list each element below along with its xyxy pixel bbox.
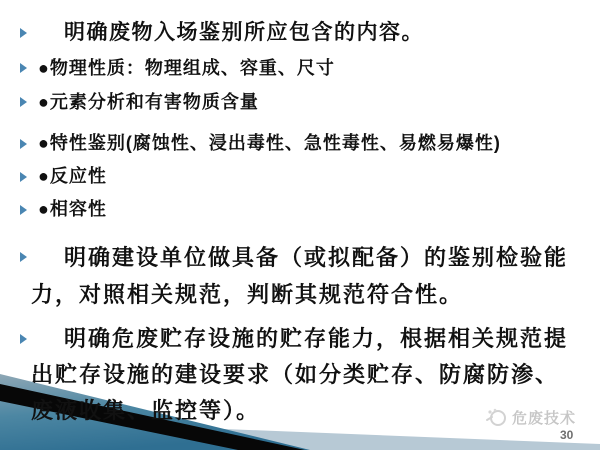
presentation-slide: 明确废物入场鉴别所应包含的内容。 ●物理性质：物理组成、容重、尺寸 ●元素分析和… <box>0 0 600 450</box>
page-number: 30 <box>560 428 573 442</box>
bullet-arrow-icon <box>20 63 27 73</box>
bullet-text: ●特性鉴别(腐蚀性、浸出毒性、急性毒性、易燃易爆性) <box>38 127 600 160</box>
brand-name: 危废技术 <box>512 407 576 428</box>
bullet-text: 明确废物入场鉴别所应包含的内容。 <box>31 15 600 51</box>
bullet-item: ●物理性质：物理组成、容重、尺寸 <box>0 51 600 85</box>
bullet-arrow-icon <box>20 172 27 182</box>
bullet-text: ●物理性质：物理组成、容重、尺寸 <box>38 51 600 85</box>
bullet-item: ●元素分析和有害物质含量 <box>0 85 600 119</box>
bullet-text: ●元素分析和有害物质含量 <box>38 85 600 119</box>
watermark: 危废技术 <box>484 406 576 428</box>
bullet-arrow-icon <box>20 28 27 38</box>
bullet-arrow-icon <box>20 252 27 262</box>
bullet-item: 明确废物入场鉴别所应包含的内容。 <box>0 15 600 51</box>
bullet-arrow-icon <box>20 334 27 344</box>
brand-logo-icon <box>484 406 510 428</box>
bullet-arrow-icon <box>20 139 27 149</box>
bullet-item: ●特性鉴别(腐蚀性、浸出毒性、急性毒性、易燃易爆性) <box>0 127 600 160</box>
bullet-arrow-icon <box>20 205 27 215</box>
bullet-item: ●相容性 <box>0 193 600 226</box>
bullet-arrow-icon <box>20 97 27 107</box>
bullet-list: 明确废物入场鉴别所应包含的内容。 ●物理性质：物理组成、容重、尺寸 ●元素分析和… <box>0 0 600 429</box>
bullet-text: ●反应性 <box>38 160 600 193</box>
bullet-item: ●反应性 <box>0 160 600 193</box>
bullet-text: 明确建设单位做具备（或拟配备）的鉴别检验能 力，对照相关规范，判断其规范符合性。 <box>31 239 600 313</box>
bullet-item: 明确建设单位做具备（或拟配备）的鉴别检验能 力，对照相关规范，判断其规范符合性。 <box>0 239 600 313</box>
bullet-text: ●相容性 <box>38 193 600 226</box>
